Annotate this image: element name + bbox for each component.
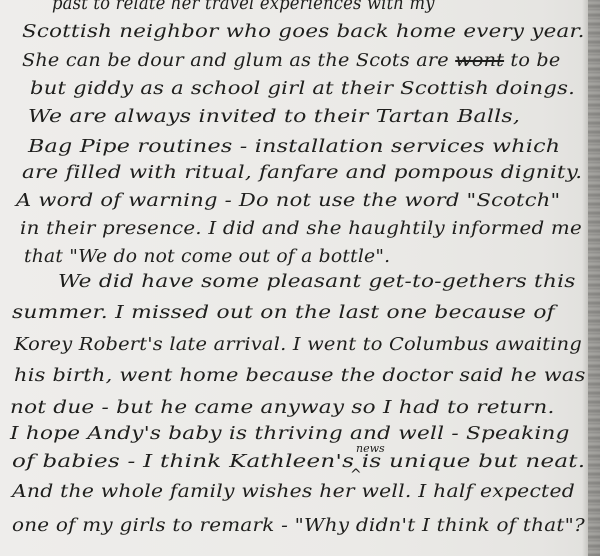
letter-line-15: not due - but he came anyway so I had to… xyxy=(10,398,555,418)
letter-line-19: one of my girls to remark - "Why didn't … xyxy=(12,516,585,536)
line-3-before: She can be dour and glum as the Scots ar… xyxy=(22,51,455,71)
line-3-after: to be xyxy=(504,51,560,71)
letter-line-6: Bag Pipe routines - installation service… xyxy=(28,137,560,157)
letter-line-17: of babies - I think Kathleen's is unique… xyxy=(12,452,585,472)
letter-line-3: She can be dour and glum as the Scots ar… xyxy=(22,51,560,71)
letter-line-14: his birth, went home because the doctor … xyxy=(14,366,586,386)
letter-line-2: Scottish neighbor who goes back home eve… xyxy=(22,22,585,42)
letter-line-10: that "We do not come out of a bottle". xyxy=(24,247,390,267)
letter-line-12: summer. I missed out on the last one bec… xyxy=(12,303,555,323)
letter-line-11: We did have some pleasant get-to-gethers… xyxy=(58,272,576,292)
letter-line-16: I hope Andy's baby is thriving and well … xyxy=(10,424,570,444)
letter-line-7: are filled with ritual, fanfare and pomp… xyxy=(22,163,582,183)
page-edge-shadow xyxy=(588,0,600,556)
letter-line-9: in their presence. I did and she haughti… xyxy=(20,219,582,239)
letter-line-1: past to relate her travel experiences wi… xyxy=(52,0,548,14)
letter-page: past to relate her travel experiences wi… xyxy=(0,0,600,556)
letter-line-13: Korey Robert's late arrival. I went to C… xyxy=(14,335,582,355)
letter-line-18: And the whole family wishes her well. I … xyxy=(12,482,575,502)
line-17-before: of babies - I think Kathleen's xyxy=(12,452,354,472)
letter-line-8: A word of warning - Do not use the word … xyxy=(16,191,560,211)
line-17-after: is unique but neat. xyxy=(354,452,585,472)
struck-word: wont xyxy=(455,51,504,71)
letter-line-5: We are always invited to their Tartan Ba… xyxy=(28,107,520,127)
letter-line-4: but giddy as a school girl at their Scot… xyxy=(30,79,575,99)
